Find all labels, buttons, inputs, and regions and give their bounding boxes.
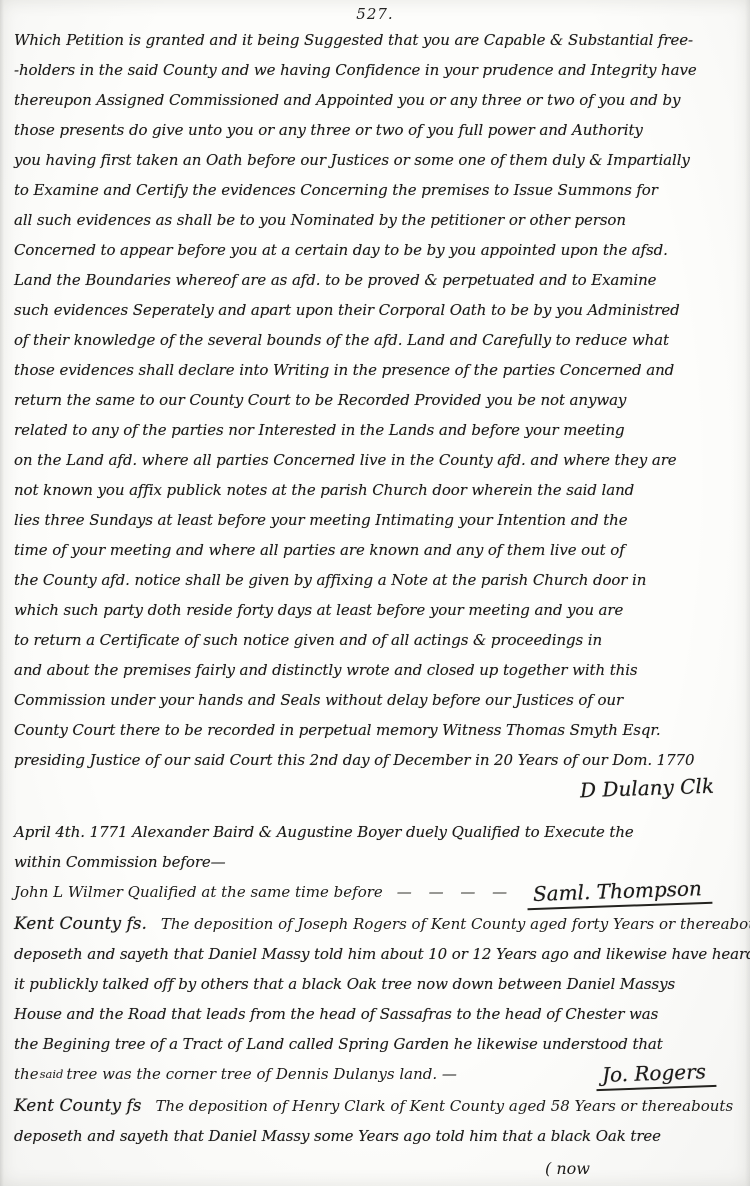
manuscript-line: the Begining tree of a Tract of Land cal… — [14, 1029, 740, 1059]
manuscript-line: House and the Road that leads from the h… — [14, 999, 740, 1029]
manuscript-line: deposeth and sayeth that Daniel Massy so… — [14, 1121, 740, 1151]
manuscript-line: to Examine and Certify the evidences Con… — [14, 175, 740, 205]
wilmer-qualification-text: John L Wilmer Qualified at the same time… — [14, 877, 383, 907]
manuscript-line: those evidences shall declare into Writi… — [14, 355, 740, 385]
manuscript-line: on the Land afd. where all parties Conce… — [14, 445, 740, 475]
manuscript-line: all such evidences as shall be to you No… — [14, 205, 740, 235]
manuscript-line: lies three Sundays at least before your … — [14, 505, 740, 535]
rogers-deposition: Kent County fs. The deposition of Joseph… — [0, 907, 750, 1089]
county-heading-clark: Kent County fs — [14, 1091, 155, 1121]
manuscript-line: those presents do give unto you or any t… — [14, 115, 740, 145]
manuscript-line: -holders in the said County and we havin… — [14, 55, 740, 85]
qualification-lines: April 4th. 1771 Alexander Baird & August… — [14, 817, 740, 877]
manuscript-line: April 4th. 1771 Alexander Baird & August… — [14, 817, 740, 847]
rogers-deposition-closing-row: the said tree was the corner tree of Den… — [14, 1059, 740, 1089]
catchword-row: ( now — [14, 1151, 740, 1178]
manuscript-line: return the same to our County Court to b… — [14, 385, 740, 415]
manuscript-line: which such party doth reside forty days … — [14, 595, 740, 625]
manuscript-line: to return a Certificate of such notice g… — [14, 625, 740, 655]
manuscript-line: not known you affix publick notes at the… — [14, 475, 740, 505]
manuscript-line: you having first taken an Oath before ou… — [14, 145, 740, 175]
manuscript-line: the County afd. notice shall be given by… — [14, 565, 740, 595]
commission-paragraph: Which Petition is granted and it being S… — [0, 23, 750, 775]
manuscript-line: related to any of the parties nor Intere… — [14, 415, 740, 445]
manuscript-line: Commission under your hands and Seals wi… — [14, 685, 740, 715]
manuscript-line: thereupon Assigned Commissioned and Appo… — [14, 85, 740, 115]
rogers-last-line-before: the — [14, 1059, 39, 1089]
manuscript-page: 527. Which Petition is granted and it be… — [0, 0, 750, 1186]
qualification-paragraph: April 4th. 1771 Alexander Baird & August… — [0, 811, 750, 907]
manuscript-line: Concerned to appear before you at a cert… — [14, 235, 740, 265]
manuscript-line: time of your meeting and where all parti… — [14, 535, 740, 565]
rogers-deposition-first-line: The deposition of Joseph Rogers of Kent … — [161, 909, 750, 939]
manuscript-line: it publickly talked off by others that a… — [14, 969, 740, 999]
manuscript-line: Land the Boundaries whereof are as afd. … — [14, 265, 740, 295]
rogers-signature: Jo. Rogers — [596, 1058, 717, 1091]
manuscript-line: Which Petition is granted and it being S… — [14, 25, 740, 55]
filler-dashes: — — — — — [383, 877, 527, 907]
manuscript-line: of their knowledge of the several bounds… — [14, 325, 740, 355]
page-number: 527. — [0, 0, 750, 23]
manuscript-line: such evidences Seperately and apart upon… — [14, 295, 740, 325]
clark-deposition-first-line: The deposition of Henry Clark of Kent Co… — [155, 1091, 733, 1121]
thompson-signature: Saml. Thompson — [527, 875, 713, 910]
clark-deposition: Kent County fs The deposition of Henry C… — [0, 1089, 750, 1178]
rogers-deposition-lines: deposeth and sayeth that Daniel Massy to… — [14, 939, 740, 1059]
manuscript-line: County Court there to be recorded in per… — [14, 715, 740, 745]
clark-deposition-lines: deposeth and sayeth that Daniel Massy so… — [14, 1121, 740, 1151]
interlinear-insert-said: said — [40, 1069, 64, 1079]
county-heading-rogers: Kent County fs. — [14, 909, 161, 939]
clark-deposition-opening-row: Kent County fs The deposition of Henry C… — [14, 1091, 740, 1121]
clerk-signature: D Dulany Clk — [580, 773, 715, 804]
manuscript-line: deposeth and sayeth that Daniel Massy to… — [14, 939, 740, 969]
rogers-last-line-after: tree was the corner tree of Dennis Dulan… — [66, 1059, 457, 1089]
manuscript-line: presiding Justice of our said Court this… — [14, 745, 740, 775]
catchword: ( now — [545, 1159, 590, 1178]
clerk-signature-row: D Dulany Clk — [0, 775, 750, 811]
wilmer-qualification-row: John L Wilmer Qualified at the same time… — [14, 877, 740, 907]
manuscript-line: within Commission before— — [14, 847, 740, 877]
manuscript-line: and about the premises fairly and distin… — [14, 655, 740, 685]
rogers-deposition-opening-row: Kent County fs. The deposition of Joseph… — [14, 909, 740, 939]
